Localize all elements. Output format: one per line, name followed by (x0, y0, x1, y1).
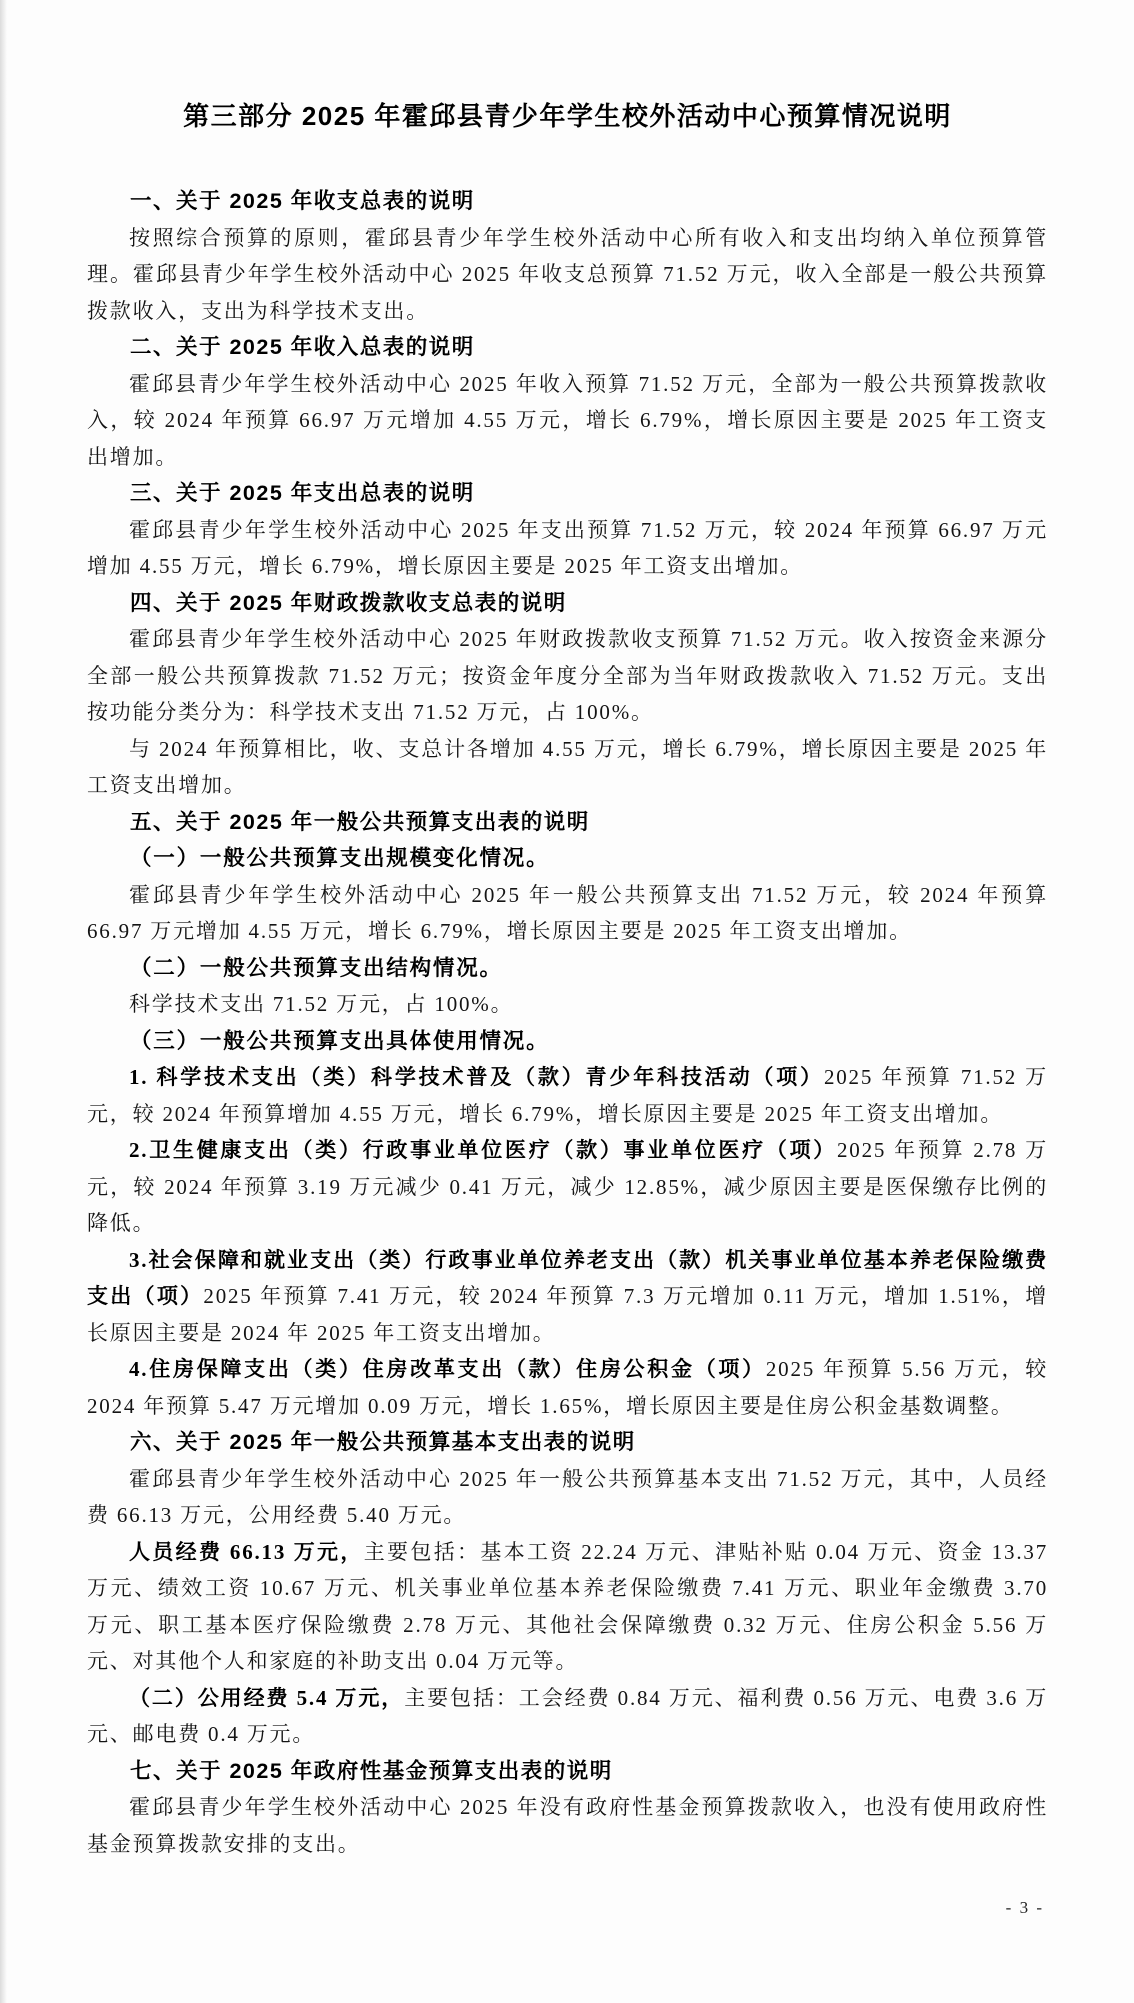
paragraph-text: 2025 年预算 7.41 万元，较 2024 年预算 7.3 万元增加 0.1… (87, 1284, 1048, 1345)
paragraph: 人员经费 66.13 万元，主要包括：基本工资 22.24 万元、津贴补贴 0.… (87, 1534, 1048, 1680)
paragraph-lead: （二）公用经费 5.4 万元， (129, 1686, 404, 1710)
paragraph-text: 科学技术支出 71.52 万元，占 100%。 (129, 992, 513, 1016)
paragraph-text: 霍邱县青少年学生校外活动中心 2025 年一般公共预算基本支出 71.52 万元… (87, 1467, 1048, 1528)
paragraph-lead: 2.卫生健康支出（类）行政事业单位医疗（款）事业单位医疗（项） (129, 1138, 837, 1162)
paragraph: 霍邱县青少年学生校外活动中心 2025 年一般公共预算支出 71.52 万元，较… (87, 877, 1048, 950)
document-title: 第三部分 2025 年霍邱县青少年学生校外活动中心预算情况说明 (87, 100, 1048, 132)
section-heading: 五、关于 2025 年一般公共预算支出表的说明 (87, 804, 1048, 841)
section-heading: 一、关于 2025 年收支总表的说明 (87, 183, 1048, 220)
paragraph: 4.住房保障支出（类）住房改革支出（款）住房公积金（项）2025 年预算 5.5… (87, 1351, 1048, 1424)
paragraph-text: 霍邱县青少年学生校外活动中心 2025 年没有政府性基金预算拨款收入，也没有使用… (87, 1795, 1048, 1856)
paragraph: 按照综合预算的原则，霍邱县青少年学生校外活动中心所有收入和支出均纳入单位预算管理… (87, 220, 1048, 330)
section-heading: 七、关于 2025 年政府性基金预算支出表的说明 (87, 1753, 1048, 1790)
document-page: 第三部分 2025 年霍邱县青少年学生校外活动中心预算情况说明 一、关于 202… (0, 0, 1134, 2003)
paragraph: 霍邱县青少年学生校外活动中心 2025 年没有政府性基金预算拨款收入，也没有使用… (87, 1789, 1048, 1862)
paragraph-text: 霍邱县青少年学生校外活动中心 2025 年支出预算 71.52 万元，较 202… (87, 518, 1048, 579)
document-body: 一、关于 2025 年收支总表的说明按照综合预算的原则，霍邱县青少年学生校外活动… (87, 183, 1048, 1862)
paragraph: 霍邱县青少年学生校外活动中心 2025 年收入预算 71.52 万元，全部为一般… (87, 366, 1048, 476)
section-heading: 二、关于 2025 年收入总表的说明 (87, 329, 1048, 366)
paragraph: 3.社会保障和就业支出（类）行政事业单位养老支出（款）机关事业单位基本养老保险缴… (87, 1242, 1048, 1352)
paragraph-lead: 4.住房保障支出（类）住房改革支出（款）住房公积金（项） (129, 1357, 766, 1381)
paragraph-text: 与 2024 年预算相比，收、支总计各增加 4.55 万元，增长 6.79%，增… (87, 737, 1048, 798)
page-number: - 3 - (1006, 1898, 1044, 1918)
scan-edge-shadow (0, 0, 7, 2003)
paragraph-text: 霍邱县青少年学生校外活动中心 2025 年收入预算 71.52 万元，全部为一般… (87, 372, 1048, 469)
section-heading: 四、关于 2025 年财政拨款收支总表的说明 (87, 585, 1048, 622)
sub-heading: （三）一般公共预算支出具体使用情况。 (87, 1023, 1048, 1060)
paragraph: （二）公用经费 5.4 万元，主要包括：工会经费 0.84 万元、福利费 0.5… (87, 1680, 1048, 1753)
paragraph: 科学技术支出 71.52 万元，占 100%。 (87, 986, 1048, 1023)
paragraph: 与 2024 年预算相比，收、支总计各增加 4.55 万元，增长 6.79%，增… (87, 731, 1048, 804)
paragraph: 霍邱县青少年学生校外活动中心 2025 年支出预算 71.52 万元，较 202… (87, 512, 1048, 585)
paragraph-lead: 人员经费 66.13 万元， (129, 1540, 364, 1564)
sub-heading: （一）一般公共预算支出规模变化情况。 (87, 840, 1048, 877)
paragraph-text: 霍邱县青少年学生校外活动中心 2025 年一般公共预算支出 71.52 万元，较… (87, 883, 1048, 944)
paragraph: 霍邱县青少年学生校外活动中心 2025 年一般公共预算基本支出 71.52 万元… (87, 1461, 1048, 1534)
sub-heading: （二）一般公共预算支出结构情况。 (87, 950, 1048, 987)
paragraph-text: 霍邱县青少年学生校外活动中心 2025 年财政拨款收支预算 71.52 万元。收… (87, 627, 1048, 724)
paragraph-text: 按照综合预算的原则，霍邱县青少年学生校外活动中心所有收入和支出均纳入单位预算管理… (87, 226, 1048, 323)
paragraph-lead: 1. 科学技术支出（类）科学技术普及（款）青少年科技活动（项） (129, 1065, 824, 1089)
section-heading: 六、关于 2025 年一般公共预算基本支出表的说明 (87, 1424, 1048, 1461)
paragraph: 1. 科学技术支出（类）科学技术普及（款）青少年科技活动（项）2025 年预算 … (87, 1059, 1048, 1132)
section-heading: 三、关于 2025 年支出总表的说明 (87, 475, 1048, 512)
paragraph: 2.卫生健康支出（类）行政事业单位医疗（款）事业单位医疗（项）2025 年预算 … (87, 1132, 1048, 1242)
paragraph: 霍邱县青少年学生校外活动中心 2025 年财政拨款收支预算 71.52 万元。收… (87, 621, 1048, 731)
